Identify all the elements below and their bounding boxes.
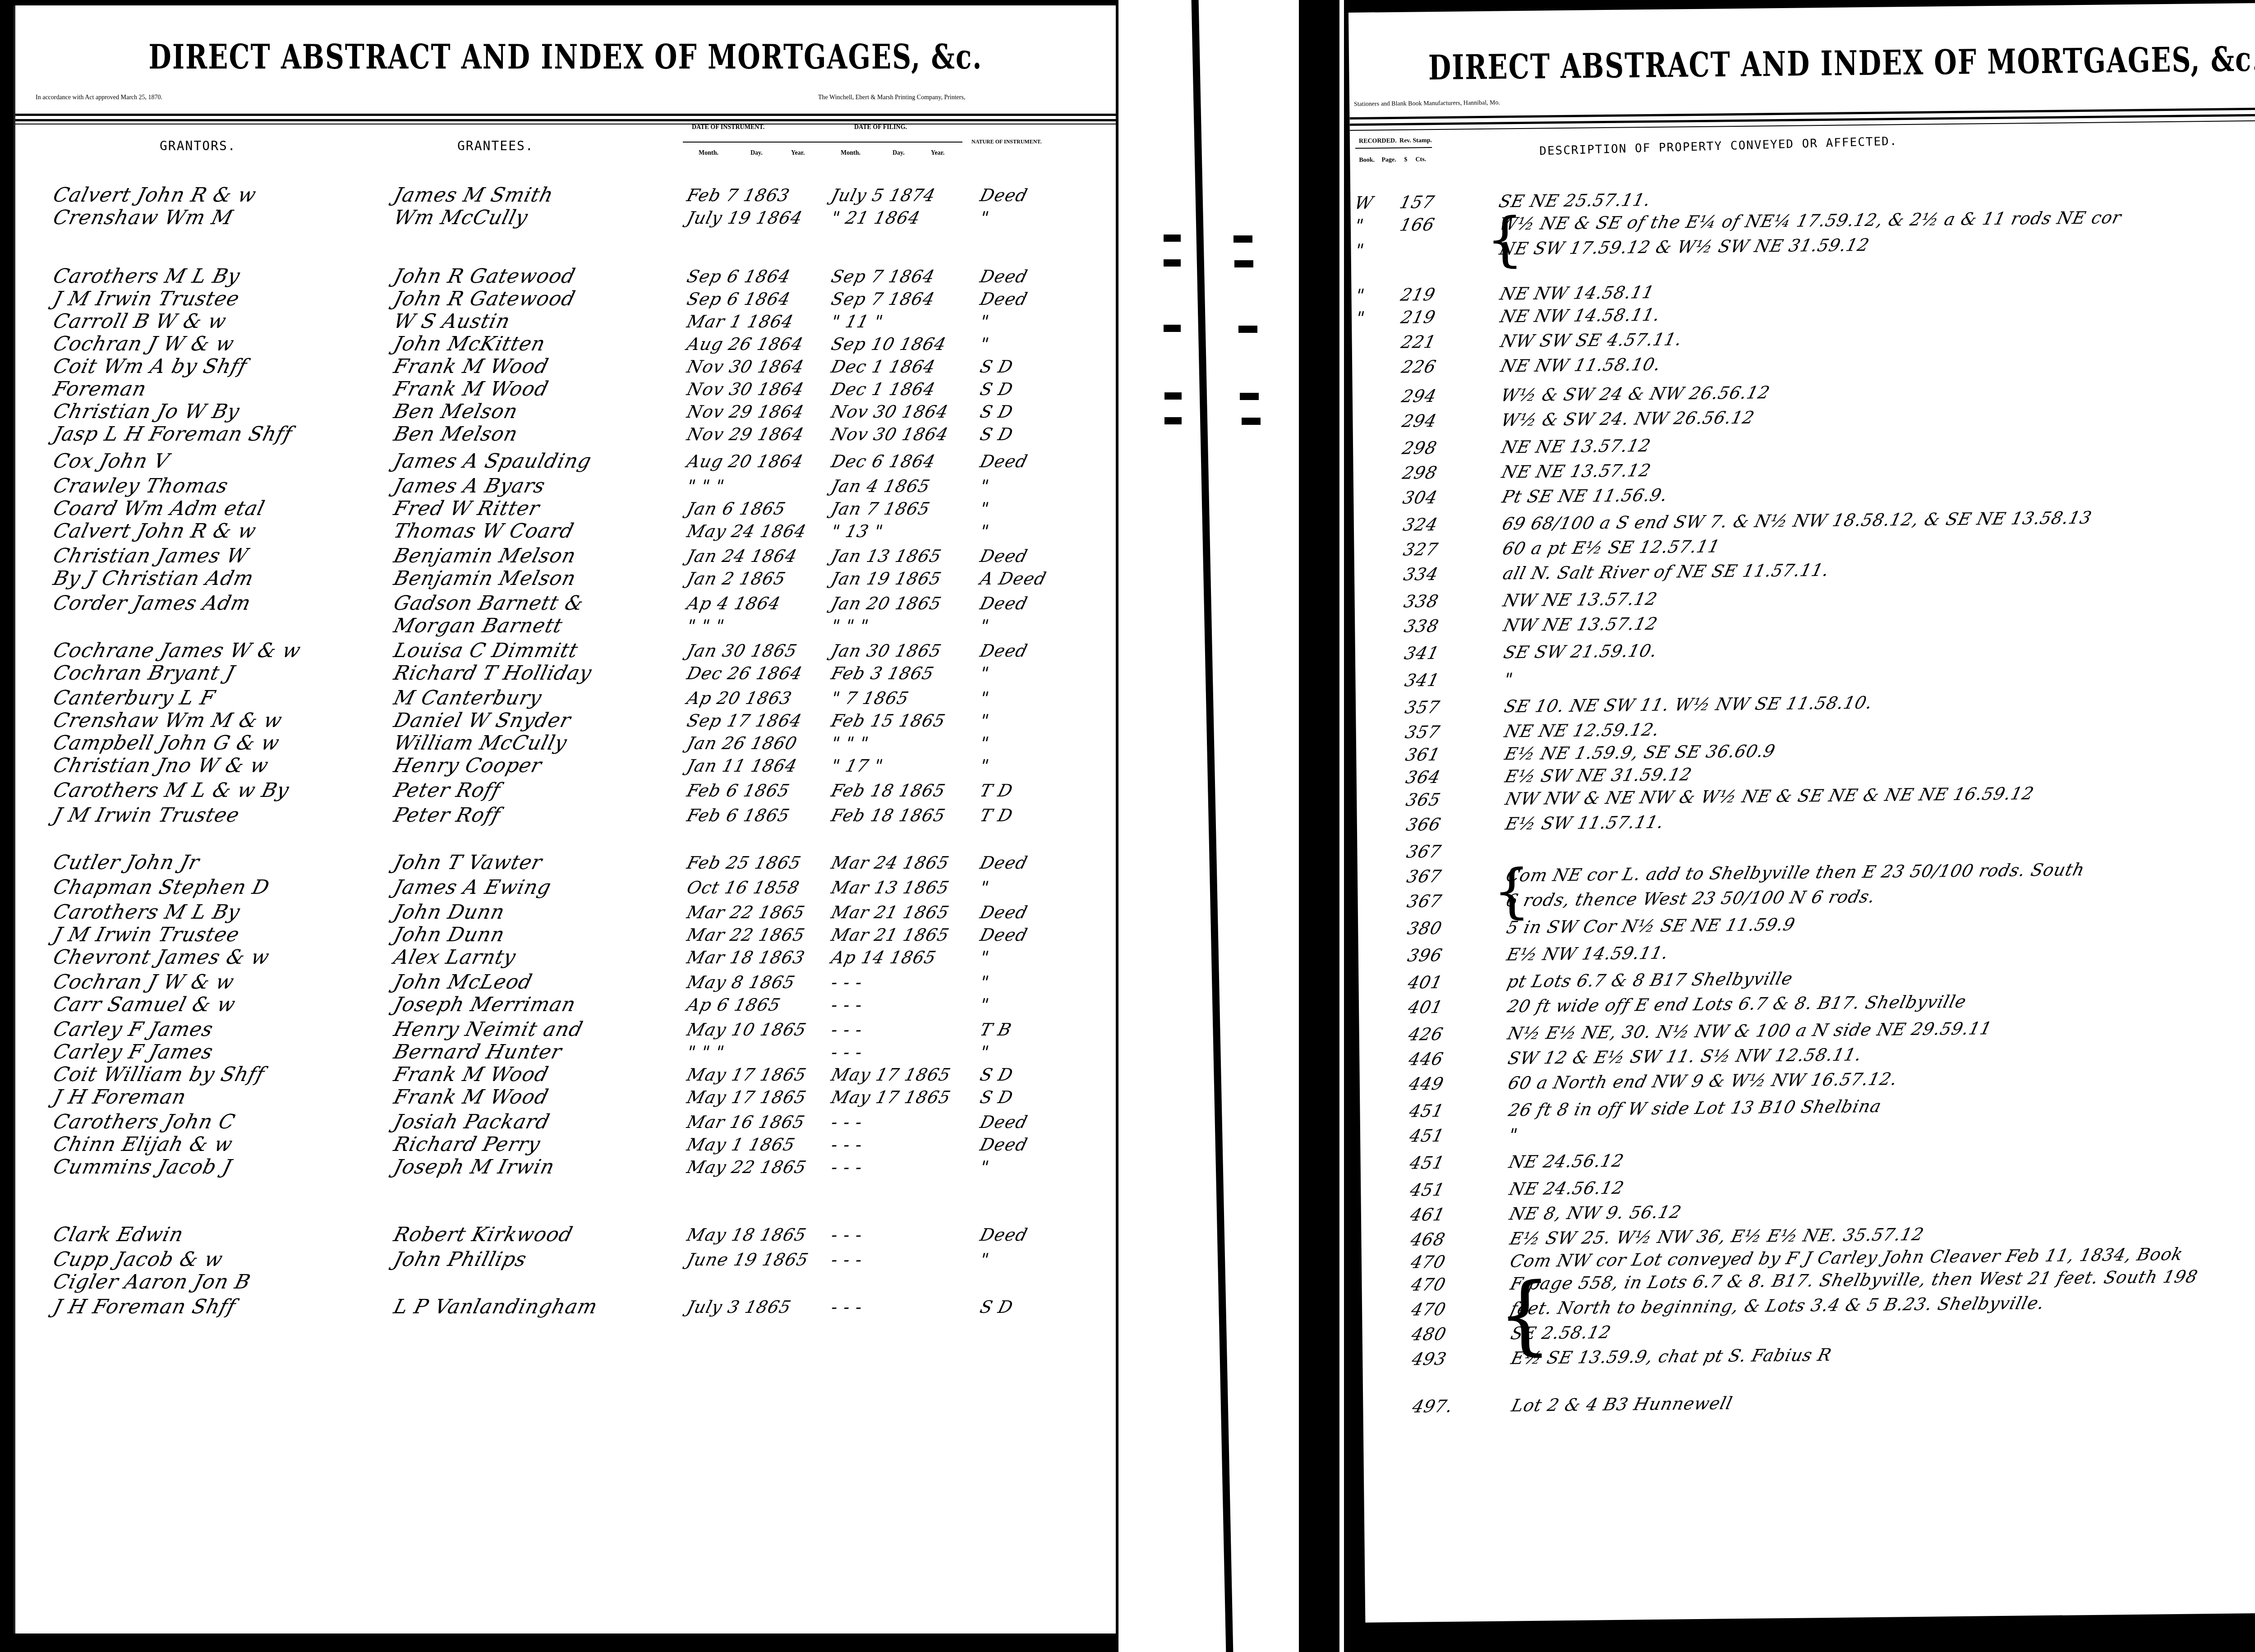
property-description: E½ SE 13.59.9, chat pt S. Fabius R (1509, 1345, 1834, 1368)
instrument-nature: S D (978, 424, 1016, 444)
instrument-date: May 10 1865 (685, 1020, 809, 1040)
filing-date: " " " (829, 733, 871, 753)
instrument-nature: " (978, 948, 991, 967)
property-description: 6 rods, thence West 23 50/100 N 6 rods. (1504, 887, 1877, 911)
filing-date: Feb 15 1865 (829, 711, 948, 731)
filing-date: Jan 19 1865 (829, 569, 944, 589)
grantor-name: Christian Jo W By (51, 400, 242, 423)
instrument-nature: Deed (978, 594, 1030, 613)
filing-date: May 17 1865 (829, 1065, 953, 1085)
instrument-nature: " (978, 1042, 991, 1062)
property-description: all N. Salt River of NE SE 11.57.11. (1501, 560, 1832, 584)
instrument-date: Aug 20 1864 (685, 451, 805, 471)
instrument-nature: " (978, 499, 991, 519)
grantor-name: J M Irwin Trustee (51, 287, 242, 310)
grantor-name: Calvert John R & w (51, 184, 259, 207)
instrument-nature: " (978, 878, 991, 897)
instrument-date: Nov 30 1864 (685, 379, 806, 399)
property-description: NW NE 13.57.12 (1501, 589, 1659, 611)
instrument-nature: " (978, 334, 991, 354)
grantee-name: Frank M Wood (391, 355, 551, 378)
filing-date: Nov 30 1864 (829, 424, 951, 444)
filing-date: Mar 21 1865 (829, 902, 952, 922)
grantee-name: James A Spaulding (391, 450, 594, 473)
page-number: 221 (1399, 332, 1438, 352)
binding-hole-icon (1238, 326, 1257, 333)
page-number: 364 (1404, 767, 1443, 787)
instrument-nature: Deed (978, 925, 1030, 945)
grantor-name: Carothers M L By (51, 901, 243, 924)
column-header-description: DESCRIPTION OF PROPERTY CONVEYED OR AFFE… (1539, 134, 1898, 158)
instrument-date: Mar 1 1864 (685, 312, 796, 331)
property-description: NW SW SE 4.57.11. (1498, 329, 1684, 351)
grantee-name: Ben Melson (391, 400, 520, 423)
grantee-name: Daniel W Snyder (391, 709, 574, 732)
header-rule (1350, 120, 2255, 131)
instrument-nature: Deed (978, 267, 1030, 286)
page-number: 446 (1407, 1049, 1445, 1069)
grantor-name: J M Irwin Trustee (51, 923, 242, 946)
property-description: feet. North to beginning, & Lots 3.4 & 5… (1509, 1293, 2047, 1318)
property-description: NE NW 14.58.11. (1498, 305, 1662, 327)
subheader-dollars: $ (1404, 156, 1407, 164)
page-number: 294 (1400, 411, 1439, 431)
instrument-date: Feb 25 1865 (685, 853, 803, 873)
property-description: NE NW 14.58.11 (1498, 282, 1656, 304)
grantee-name: John Phillips (391, 1248, 529, 1271)
page-number: 304 (1401, 488, 1440, 508)
property-description: Com NW cor Lot conveyed by F J Carley Jo… (1508, 1244, 2185, 1271)
page-number: 449 (1407, 1074, 1446, 1094)
filing-date: July 5 1874 (829, 185, 938, 205)
instrument-date: Jan 2 1865 (685, 569, 788, 589)
instrument-date: Jan 24 1864 (685, 546, 800, 566)
instrument-nature: Deed (978, 641, 1030, 661)
page-number: 341 (1403, 670, 1441, 690)
grantor-name: Carothers M L & w By (51, 779, 292, 802)
property-description: NE NE 12.59.12. (1502, 720, 1661, 741)
instrument-date: Nov 29 1864 (685, 402, 806, 422)
grantor-name: Coard Wm Adm etal (51, 497, 267, 520)
grantor-name: Crawley Thomas (51, 474, 231, 497)
grantor-name: Cutler John Jr (51, 851, 202, 874)
property-description: Lot 2 & 4 B3 Hunnewell (1509, 1393, 1735, 1415)
instrument-date: Jan 6 1865 (685, 499, 788, 519)
grantor-name: Clark Edwin (51, 1223, 186, 1246)
grantee-name: Richard T Holliday (391, 662, 594, 685)
grantee-name: Henry Neimit and (391, 1018, 585, 1041)
instrument-date: Jan 30 1865 (685, 641, 800, 661)
instrument-date: Mar 18 1863 (685, 948, 807, 967)
filing-date: - - - (829, 1020, 865, 1040)
page-number: 357 (1403, 722, 1442, 742)
page-number: 334 (1402, 564, 1440, 584)
instrument-date: June 19 1865 (685, 1250, 811, 1270)
grantor-name: Calvert John R & w (51, 520, 259, 543)
filing-date: Jan 20 1865 (829, 594, 944, 613)
instrument-date: Nov 29 1864 (685, 424, 806, 444)
instrument-date: May 1 1865 (685, 1135, 797, 1155)
grantor-name: Cochrane James W & w (51, 639, 304, 662)
subheader-day: Day. (893, 150, 905, 157)
instrument-date: Aug 26 1864 (685, 334, 805, 354)
property-description: NE 24.56.12 (1507, 1178, 1626, 1199)
property-description: W½ & SW 24. NW 26.56.12 (1499, 408, 1757, 430)
page-number: 361 (1404, 745, 1442, 765)
page-number: 298 (1400, 438, 1439, 458)
grantee-name: John Dunn (391, 901, 507, 924)
grantor-name: Foreman (51, 377, 149, 400)
page-number: 294 (1400, 386, 1439, 406)
grantor-name: Chapman Stephen D (51, 876, 272, 899)
page-number: 366 (1404, 814, 1443, 835)
binding-hole-icon (1164, 235, 1181, 242)
property-description: NE 8, NW 9. 56.12 (1508, 1202, 1684, 1224)
grantor-name: Canterbury L F (51, 686, 218, 709)
grantee-name: Benjamin Melson (391, 567, 579, 590)
page-number: 461 (1408, 1205, 1447, 1225)
property-description: W½ NE & SE of the E¼ of NE¼ 17.59.12, & … (1497, 207, 2124, 234)
page-title: DIRECT ABSTRACT AND INDEX OF MORTGAGES, … (15, 37, 1116, 77)
page-number: 367 (1405, 866, 1444, 887)
property-description: N½ E½ NE, 30. N½ NW & 100 a N side NE 29… (1505, 1018, 1994, 1043)
grantor-name: J H Foreman (51, 1086, 189, 1109)
instrument-nature: Deed (978, 1225, 1030, 1245)
grantor-name: Cox John V (51, 450, 172, 473)
grantee-name: M Canterbury (391, 686, 544, 709)
filing-date: Nov 30 1864 (829, 402, 951, 422)
grantor-name: Cochran Bryant J (51, 662, 238, 685)
instrument-nature: Deed (978, 546, 1030, 566)
instrument-nature: Deed (978, 1135, 1030, 1155)
instrument-date: Sep 6 1864 (685, 289, 793, 309)
property-description: NE 24.56.12 (1507, 1151, 1626, 1172)
instrument-nature: Deed (978, 289, 1030, 309)
recorded-divider (1355, 147, 1432, 149)
instrument-date: July 3 1865 (685, 1297, 793, 1317)
grantee-name: Frank M Wood (391, 377, 551, 400)
filing-date: Dec 6 1864 (829, 451, 938, 471)
instrument-date: Jan 26 1860 (685, 733, 800, 753)
instrument-date: Mar 22 1865 (685, 902, 807, 922)
grantee-name: Robert Kirkwood (391, 1223, 575, 1246)
page-number: 365 (1404, 790, 1443, 810)
instrument-nature: " (978, 312, 991, 331)
page-number: 367 (1404, 842, 1443, 862)
instrument-nature: " (978, 756, 991, 776)
binding-hole-icon (1164, 325, 1181, 332)
column-header-nature: NATURE OF INSTRUMENT. (971, 138, 1041, 145)
property-description: SE 10. NE SW 11. W½ NW SE 11.58.10. (1502, 693, 1875, 717)
grantee-name: James A Byars (391, 474, 548, 497)
property-description: pt Lots 6.7 & 8 B17 Shelbyville (1505, 969, 1795, 992)
grantor-name: Carothers M L By (51, 265, 243, 288)
grantor-name: Crenshaw Wm M & w (51, 709, 285, 732)
instrument-nature: Deed (978, 853, 1030, 873)
instrument-date: Mar 22 1865 (685, 925, 807, 945)
grantee-name: Josiah Packard (391, 1110, 552, 1133)
instrument-date: Ap 20 1863 (685, 688, 794, 708)
instrument-date: Dec 26 1864 (685, 663, 805, 683)
book-number: " (1353, 216, 1366, 235)
page-number: 219 (1399, 307, 1438, 327)
property-description: 5 in SW Cor N½ SE NE 11.59.9 (1505, 915, 1797, 938)
filing-date: - - - (829, 995, 865, 1015)
page-number: 367 (1405, 891, 1444, 911)
page-number: 426 (1406, 1024, 1445, 1045)
filing-date: - - - (829, 1225, 865, 1245)
filing-date: Feb 18 1865 (829, 805, 948, 825)
filing-date: Feb 3 1865 (829, 663, 936, 683)
instrument-nature: T D (978, 781, 1015, 801)
grantee-name: John T Vawter (391, 851, 545, 874)
grantee-name: Frank M Wood (391, 1086, 551, 1109)
grantor-name: Cigler Aaron Jon B (51, 1270, 253, 1293)
instrument-date: Sep 6 1864 (685, 267, 793, 286)
grantor-name: Corder James Adm (51, 592, 253, 615)
filing-date: Jan 13 1865 (829, 546, 944, 566)
filing-date: Sep 7 1864 (829, 267, 937, 286)
instrument-nature: S D (978, 1297, 1016, 1317)
filing-date: - - - (829, 1297, 865, 1317)
filing-date: Mar 13 1865 (829, 878, 952, 897)
property-description: 69 68/100 a S end SW 7. & N½ NW 18.58.12… (1500, 508, 2094, 534)
filing-date: Jan 7 1865 (829, 499, 932, 519)
grantor-name: Campbell John G & w (51, 732, 282, 755)
grantee-name: James A Ewing (391, 876, 554, 899)
filing-date: Mar 21 1865 (829, 925, 952, 945)
book-number: " (1353, 240, 1366, 260)
instrument-nature: Deed (978, 451, 1030, 471)
grantee-name: John Dunn (391, 923, 507, 946)
grantee-name: Frank M Wood (391, 1063, 551, 1086)
instrument-nature: " (978, 476, 991, 496)
instrument-date: " " " (685, 476, 727, 496)
filing-date: " 17 " (829, 756, 885, 776)
page-number: 480 (1409, 1324, 1448, 1344)
property-description: NE NE 13.57.12 (1500, 460, 1653, 482)
property-entries: W157SE NE 25.57.11."166W½ NE & SE of the… (1348, 2, 2255, 13)
instrument-nature: T B (978, 1020, 1014, 1040)
instrument-nature: S D (978, 379, 1016, 399)
grantor-name: Christian Jno W & w (51, 754, 271, 777)
grantor-name: Carr Samuel & w (51, 993, 238, 1016)
property-description: 20 ft wide off E end Lots 6.7 & 8. B17. … (1505, 992, 1969, 1017)
binding-hole-icon (1234, 260, 1253, 267)
book-number: " (1353, 285, 1367, 305)
property-description: NE NW 11.58.10. (1499, 354, 1663, 376)
property-description: NE SW 17.59.12 & W½ SW NE 31.59.12 (1497, 235, 1871, 259)
grantor-name: Cummins Jacob J (51, 1155, 235, 1178)
property-description: 60 a pt E½ SE 12.57.11 (1500, 536, 1722, 558)
binding-hole-icon (1164, 417, 1182, 424)
grantor-name: Chinn Elijah & w (51, 1133, 235, 1156)
instrument-date: " " " (685, 1042, 727, 1062)
instrument-nature: " (978, 995, 991, 1015)
instrument-nature: S D (978, 1065, 1016, 1085)
property-description: SE SW 21.59.10. (1502, 641, 1660, 663)
filing-date: Jan 4 1865 (829, 476, 932, 496)
filing-date: Sep 7 1864 (829, 289, 937, 309)
page-number: 497. (1410, 1396, 1455, 1417)
column-header-recorded: RECORDED. (1359, 138, 1397, 145)
filing-date: " 11 " (829, 312, 885, 331)
grantee-name: Louisa C Dimmitt (391, 639, 581, 662)
header-rule (15, 124, 1116, 124)
page-number: 341 (1403, 643, 1441, 663)
binding-shadow (1299, 0, 1339, 1652)
property-description: Pt SE NE 11.56.9. (1500, 485, 1670, 507)
instrument-date: Jan 11 1864 (685, 756, 800, 776)
grantee-name: Peter Roff (391, 779, 503, 802)
page-number: 470 (1409, 1299, 1448, 1320)
grantor-name: Christian James W (51, 544, 251, 567)
filing-date: Dec 1 1864 (829, 357, 938, 377)
instrument-nature: " (978, 616, 991, 636)
grantor-name: By J Christian Adm (51, 567, 256, 590)
left-ledger-page: DIRECT ABSTRACT AND INDEX OF MORTGAGES, … (14, 5, 1116, 1634)
instrument-nature: " (978, 208, 991, 228)
page-number: 468 (1408, 1229, 1447, 1250)
filing-date: - - - (829, 1250, 865, 1270)
grantor-name: Cochran J W & w (51, 971, 237, 994)
property-description: E½ SW 25. W½ NW 36, E½ E½ NE. 35.57.12 (1508, 1224, 1926, 1249)
column-header-grantors: GRANTORS. (160, 138, 236, 153)
entry-brace: { (1486, 205, 1523, 274)
grantee-name: Wm McCully (391, 206, 530, 229)
entry-brace: { (1493, 856, 1531, 925)
property-description: E½ NE 1.59.9, SE SE 36.60.9 (1503, 741, 1777, 764)
grantee-name: Henry Cooper (391, 754, 544, 777)
grantee-name: Joseph M Irwin (391, 1155, 557, 1178)
instrument-nature: " (978, 972, 991, 992)
page-number: 401 (1406, 997, 1445, 1017)
instrument-date: Feb 6 1865 (685, 781, 792, 801)
grantee-name: L P Vanlandingham (391, 1295, 600, 1318)
grantee-name: Joseph Merriman (391, 993, 578, 1016)
page-number: 401 (1406, 972, 1445, 993)
instrument-date: Feb 6 1865 (685, 805, 792, 825)
instrument-date: May 8 1865 (685, 972, 797, 992)
binding-hole-icon (1164, 259, 1181, 267)
grantor-name: Jasp L H Foreman Shff (51, 423, 295, 446)
instrument-date: Mar 16 1865 (685, 1112, 807, 1132)
grantee-name: Richard Perry (391, 1133, 543, 1156)
filing-date: - - - (829, 972, 865, 992)
page-number: 451 (1408, 1153, 1446, 1173)
filing-date: - - - (829, 1135, 865, 1155)
header-rule (15, 114, 1116, 116)
filing-date: Feb 18 1865 (829, 781, 948, 801)
property-description: NW NE 13.57.12 (1501, 614, 1660, 635)
property-description: Com NE cor L. add to Shelbyville then E … (1504, 860, 2087, 886)
subheader-day: Day. (750, 150, 763, 157)
grantor-name: J M Irwin Trustee (51, 804, 242, 827)
page-number: 338 (1402, 616, 1441, 636)
grantor-name: Coit Wm A by Shff (51, 355, 249, 378)
instrument-nature: " (978, 663, 991, 683)
instrument-date: May 17 1865 (685, 1065, 809, 1085)
grantee-name: Gadson Barnett & (391, 592, 586, 615)
grantor-name: Carothers John C (51, 1110, 238, 1133)
property-description: " (1502, 669, 1515, 689)
page-number: 493 (1410, 1349, 1449, 1369)
property-description: NW NW & NE NW & W½ NE & SE NE & NE NE 16… (1503, 783, 2036, 809)
instrument-nature: S D (978, 402, 1016, 422)
imprint-printer: The Winchell, Ebert & Marsh Printing Com… (818, 94, 965, 101)
column-header-date-instrument: DATE OF INSTRUMENT. (692, 124, 764, 131)
grantee-name: John McKitten (391, 332, 548, 355)
property-description: NE NE 13.57.12 (1500, 436, 1653, 457)
grantor-name: Coit William by Shff (51, 1063, 267, 1086)
grantor-name: Cupp Jacob & w (51, 1248, 225, 1271)
binding-hole-icon (1164, 392, 1182, 400)
grantee-name: James M Smith (391, 184, 556, 207)
binding-hole-icon (1240, 393, 1259, 400)
page-title: DIRECT ABSTRACT AND INDEX OF MORTGAGES, … (1349, 38, 2255, 88)
column-header-rev-stamp: Rev. Stamp. (1399, 137, 1432, 145)
grantee-name: Alex Larnty (391, 946, 519, 969)
page-number: 327 (1401, 539, 1440, 560)
property-description: F page 558, in Lots 6.7 & 8. B17. Shelby… (1508, 1266, 2200, 1293)
date-divider (683, 142, 962, 143)
instrument-nature: Deed (978, 185, 1030, 205)
filing-date: Jan 30 1865 (829, 641, 944, 661)
grantor-name: Carroll B W & w (51, 310, 229, 333)
grantee-name: W S Austin (391, 310, 513, 333)
instrument-nature: A Deed (978, 569, 1049, 589)
book-number: W (1353, 193, 1376, 213)
filing-date: - - - (829, 1112, 865, 1132)
instrument-nature: " (978, 1157, 991, 1177)
instrument-nature: " (978, 688, 991, 708)
grantee-name: John McLeod (391, 971, 535, 994)
filing-date: " " " (829, 616, 871, 636)
instrument-nature: Deed (978, 1112, 1030, 1132)
instrument-date: " " " (685, 616, 727, 636)
instrument-date: Ap 4 1864 (685, 594, 783, 613)
grantor-name: Crenshaw Wm M (51, 206, 236, 229)
page-number: 451 (1408, 1126, 1446, 1146)
filing-date: " 7 1865 (829, 688, 911, 708)
grantor-name: J H Foreman Shff (51, 1295, 239, 1318)
instrument-date: Feb 7 1863 (685, 185, 792, 205)
instrument-date: Oct 16 1858 (685, 878, 802, 897)
page-number: 166 (1398, 215, 1437, 235)
imprint-act: In accordance with Act approved March 25… (36, 94, 162, 101)
property-description: SW 12 & E½ SW 11. S½ NW 12.58.11. (1506, 1045, 1864, 1068)
page-number: 298 (1400, 463, 1439, 483)
filing-date: " 21 1864 (829, 208, 923, 228)
page-number: 470 (1409, 1275, 1448, 1295)
imprint-stationers: Stationers and Blank Book Manufacturers,… (1354, 99, 1500, 108)
grantor-name: Cochran J W & w (51, 332, 237, 355)
grantee-name: John R Gatewood (391, 265, 578, 288)
instrument-date: July 19 1864 (685, 208, 805, 228)
grantee-name: William McCully (391, 732, 570, 755)
subheader-month: Month. (841, 150, 861, 157)
instrument-date: May 24 1864 (685, 521, 809, 541)
property-description: E½ SW NE 31.59.12 (1503, 764, 1694, 786)
grantee-name: Thomas W Coard (391, 520, 576, 543)
page-number: 380 (1405, 918, 1444, 939)
instrument-date: Nov 30 1864 (685, 357, 806, 377)
instrument-nature: " (978, 1250, 991, 1270)
grantee-name: Bernard Hunter (391, 1040, 565, 1063)
instrument-nature: " (978, 733, 991, 753)
binding-hole-icon (1242, 418, 1261, 425)
instrument-date: Ap 6 1865 (685, 995, 783, 1015)
